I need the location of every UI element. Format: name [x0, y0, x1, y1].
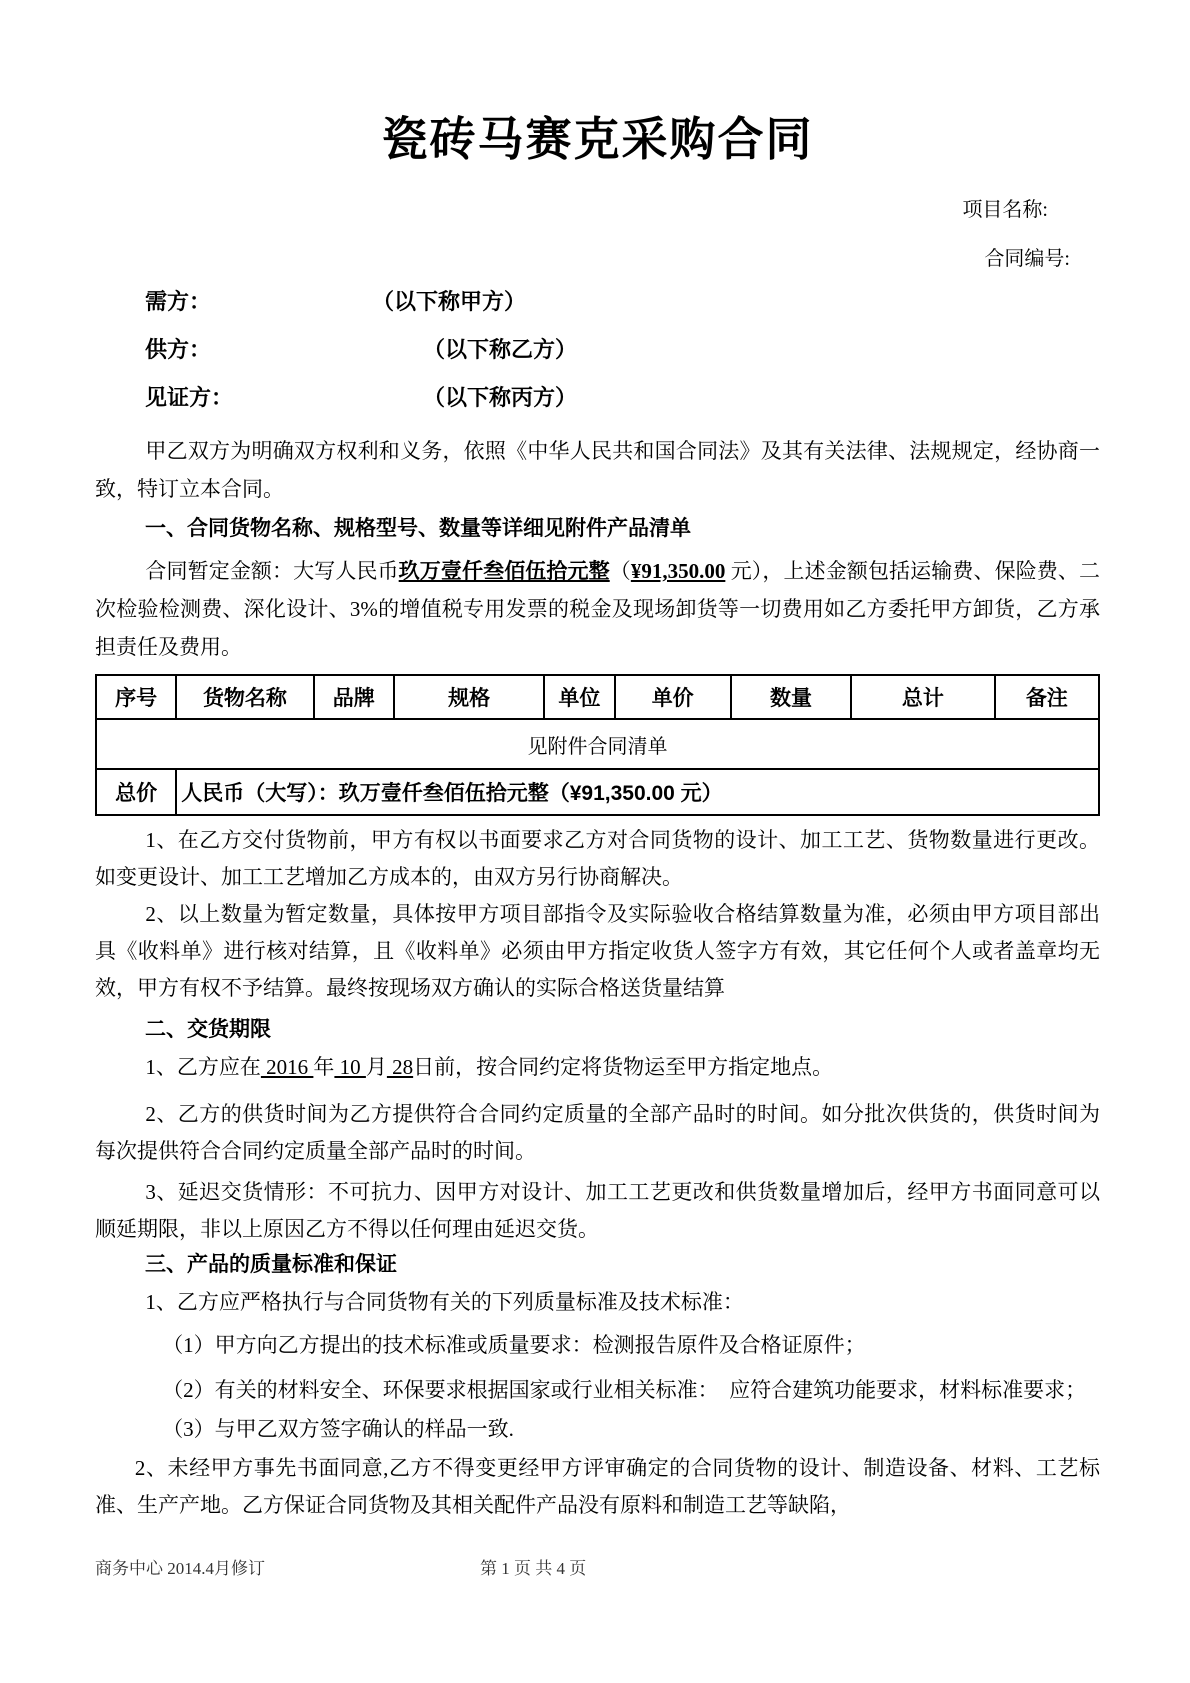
witness-alias: （以下称丙方） — [423, 385, 577, 410]
section3-clause-4: （3）与甲乙双方签字确认的样品一致. — [95, 1411, 1100, 1448]
footer-page-number: 第 1 页 共 4 页 — [480, 1558, 586, 1580]
goods-table-header-row: 序号 货物名称 品牌 规格 单位 单价 数量 总计 备注 — [96, 675, 1099, 719]
col-header-remark: 备注 — [995, 675, 1099, 719]
delivery-year-value: 2016 — [261, 1055, 314, 1079]
total-price-value-cell: 人民币（大写）：玖万壹仟叁佰伍拾元整（¥91,350.00 元） — [176, 769, 1099, 815]
preamble-paragraph: 甲乙双方为明确双方权利和义务，依照《中华人民共和国合同法》及其有关法律、法规规定… — [95, 432, 1100, 508]
footer-revision-note: 商务中心 2014.4月修订 — [95, 1559, 265, 1578]
amount-paragraph: 合同暂定金额：大写人民币玖万壹仟叁佰伍拾元整（¥91,350.00 元），上述金… — [95, 552, 1100, 666]
col-header-unit-price: 单价 — [615, 675, 731, 719]
amount-open-paren: （ — [610, 559, 631, 583]
page-title: 瓷砖马赛克采购合同 — [95, 0, 1100, 170]
col-header-unit: 单位 — [544, 675, 614, 719]
amount-in-words: 玖万壹仟叁佰伍拾元整 — [399, 559, 610, 583]
contract-document-page: 瓷砖马赛克采购合同 项目名称: 合同编号: 需方：（以下称甲方） 供方：（以下称… — [0, 0, 1190, 1683]
party-supplier-row: 供方：（以下称乙方） — [145, 336, 1100, 364]
col-header-quantity: 数量 — [731, 675, 851, 719]
delivery-month-value: 10 — [334, 1055, 366, 1079]
section1-heading: 一、合同货物名称、规格型号、数量等详细见附件产品清单 — [95, 514, 1100, 544]
amount-unit: 元） — [725, 559, 762, 583]
contract-number-label: 合同编号: — [95, 245, 1100, 273]
section3-clause-5: 2、未经甲方事先书面同意,乙方不得变更经甲方评审确定的合同货物的设计、制造设备、… — [95, 1450, 1100, 1524]
delivery-year-label: 年 — [313, 1055, 334, 1079]
parties-block: 需方：（以下称甲方） 供方：（以下称乙方） 见证方：（以下称丙方） — [95, 288, 1100, 412]
party-buyer-row: 需方：（以下称甲方） — [145, 288, 1100, 316]
section3-clause-3: （2）有关的材料安全、环保要求根据国家或行业相关标准： 应符合建筑功能要求，材料… — [95, 1372, 1100, 1409]
section3-heading: 三、产品的质量标准和保证 — [95, 1250, 1100, 1280]
page-footer: 商务中心 2014.4月修订 第 1 页 共 4 页 — [95, 1558, 1100, 1580]
section1-clause-2: 2、以上数量为暂定数量，具体按甲方项目部指令及实际验收合格结算数量为准，必须由甲… — [95, 896, 1100, 1007]
goods-table: 序号 货物名称 品牌 规格 单位 单价 数量 总计 备注 见附件合同清单 总价 … — [95, 674, 1100, 816]
goods-table-total-row: 总价 人民币（大写）：玖万壹仟叁佰伍拾元整（¥91,350.00 元） — [96, 769, 1099, 815]
delivery-date-pre: 1、乙方应在 — [145, 1055, 261, 1079]
col-header-goods-name: 货物名称 — [176, 675, 313, 719]
col-header-total: 总计 — [851, 675, 994, 719]
section1-clause-1: 1、在乙方交付货物前，甲方有权以书面要求乙方对合同货物的设计、加工工艺、货物数量… — [95, 822, 1100, 896]
supplier-alias: （以下称乙方） — [423, 337, 577, 362]
buyer-label: 需方： — [145, 288, 372, 316]
delivery-date-post: 日前，按合同约定将货物运至甲方指定地点。 — [413, 1055, 833, 1079]
buyer-alias: （以下称甲方） — [372, 289, 526, 314]
delivery-day-value: 28 — [387, 1055, 413, 1079]
goods-table-attachment-row: 见附件合同清单 — [96, 719, 1099, 769]
section2-heading: 二、交货期限 — [95, 1015, 1100, 1045]
page-content: 瓷砖马赛克采购合同 项目名称: 合同编号: 需方：（以下称甲方） 供方：（以下称… — [0, 0, 1190, 1524]
col-header-brand: 品牌 — [314, 675, 394, 719]
section2-clause-2: 2、乙方的供货时间为乙方提供符合合同约定质量的全部产品时的时间。如分批次供货的，… — [95, 1096, 1100, 1170]
amount-prefix: 合同暂定金额：大写人民币 — [145, 559, 398, 583]
project-name-label: 项目名称: — [95, 196, 1100, 224]
supplier-label: 供方： — [145, 336, 423, 364]
col-header-index: 序号 — [96, 675, 176, 719]
attachment-note-cell: 见附件合同清单 — [96, 719, 1099, 769]
party-witness-row: 见证方：（以下称丙方） — [145, 384, 1100, 412]
section2-clause-3: 3、延迟交货情形：不可抗力、因甲方对设计、加工工艺更改和供货数量增加后，经甲方书… — [95, 1174, 1100, 1248]
delivery-month-label: 月 — [366, 1055, 387, 1079]
section2-clause-1: 1、乙方应在 2016 年 10 月 28日前，按合同约定将货物运至甲方指定地点… — [95, 1049, 1100, 1086]
section3-clause-1: 1、乙方应严格执行与合同货物有关的下列质量标准及技术标准： — [95, 1284, 1100, 1321]
amount-numeric: ¥91,350.00 — [631, 559, 726, 583]
witness-label: 见证方： — [145, 384, 423, 412]
total-price-label-cell: 总价 — [96, 769, 176, 815]
col-header-spec: 规格 — [394, 675, 544, 719]
section3-clause-2: （1）甲方向乙方提出的技术标准或质量要求：检测报告原件及合格证原件； — [95, 1327, 1100, 1364]
